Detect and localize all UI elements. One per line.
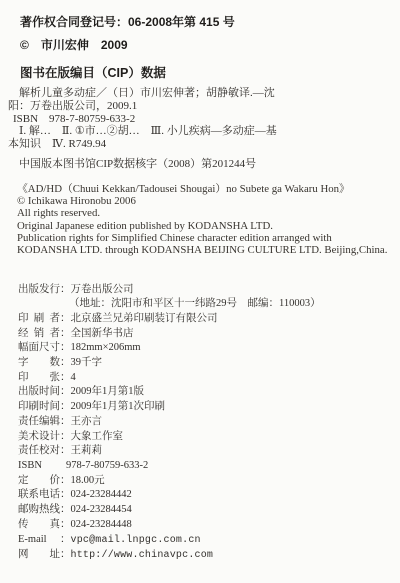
row-label: 邮购热线 — [18, 503, 60, 518]
row-label: 出版发行 — [18, 283, 60, 298]
cip-line-publisher: 阳：万卷出版公司，2009.1 — [8, 100, 400, 113]
row-colon: ： — [60, 371, 71, 386]
row-colon: ： — [60, 356, 71, 371]
row-colon: ： — [60, 503, 71, 518]
printing-date-row: 印刷时间：2009年1月第1次印刷 — [18, 400, 400, 415]
art-design-row: 美术设计：大象工作室 — [18, 430, 400, 445]
row-value: 2009年1月第1次印刷 — [71, 401, 166, 412]
row-value: 万卷出版公司 — [71, 284, 134, 295]
author-copyright-line: © Ichikawa Hironobu 2006 — [17, 195, 400, 207]
row-value: 4 — [71, 372, 76, 383]
copyright-notice-line: © 市川宏伸 2009 — [0, 29, 400, 52]
mail-order-row: 邮购热线：024-23284454 — [18, 503, 400, 518]
all-rights-reserved-line: All rights reserved. — [17, 207, 400, 219]
row-value: 2009年1月第1版 — [71, 386, 145, 397]
row-label: 联系电话 — [18, 488, 60, 503]
row-label: 责任校对 — [18, 444, 60, 459]
row-colon: ： — [60, 488, 71, 503]
row-value: 王亦言 — [71, 416, 103, 427]
row-value: 王莉莉 — [71, 445, 103, 456]
row-label: 网址 — [18, 548, 60, 563]
row-colon: ： — [60, 400, 71, 415]
publisher-address-row: （地址：沈阳市和平区十一纬路29号 邮编：110003） — [18, 297, 400, 312]
row-value: 39千字 — [71, 357, 103, 368]
row-value: 024-23284454 — [71, 504, 132, 515]
email-row: E-mail：vpc@mail.lnpgc.com.cn — [18, 533, 400, 549]
isbn-row: ISBN978-7-80759-633-2 — [18, 459, 400, 474]
row-label: 出版时间 — [18, 385, 60, 400]
row-value: http://www.chinavpc.com — [71, 550, 214, 561]
row-colon: ： — [60, 283, 71, 298]
row-label: E-mail — [18, 533, 60, 548]
rights-statement-block: 《AD/HD（Chuui Kekkan/Tadousei Shougai）no … — [17, 183, 400, 257]
row-label: 经销者 — [18, 327, 60, 342]
printed-sheets-row: 印张：4 — [18, 371, 400, 386]
row-colon: ： — [60, 341, 71, 356]
row-label: 字数 — [18, 356, 60, 371]
row-value: 18.00元 — [71, 475, 105, 486]
cip-line-classification-cont: 本知识 Ⅳ. R749.94 — [8, 138, 400, 151]
cip-data-block: 解析儿童多动症／（日）市川宏伸著；胡静敏译.—沈 阳：万卷出版公司，2009.1… — [8, 87, 400, 171]
row-colon: ： — [60, 385, 71, 400]
row-label: 幅面尺寸 — [18, 341, 60, 356]
row-colon: ： — [60, 533, 71, 548]
distributor-row: 经销者：全国新华书店 — [18, 327, 400, 342]
row-colon: ： — [60, 444, 71, 459]
original-edition-line: Original Japanese edition published by K… — [17, 220, 400, 232]
cip-record-number-line: 中国版本图书馆CIP数据核字（2008）第201244号 — [8, 158, 400, 171]
row-colon: ： — [60, 518, 71, 533]
cip-line-title: 解析儿童多动症／（日）市川宏伸著；胡静敏译.—沈 — [8, 87, 400, 100]
row-value: 全国新华书店 — [71, 328, 134, 339]
cip-line-classification: Ⅰ. 解… Ⅱ. ①市…②胡… Ⅲ. 小儿疾病—多动症—基 — [8, 125, 400, 138]
publisher-row: 出版发行：万卷出版公司 — [18, 283, 400, 298]
row-label: 责任编辑 — [18, 415, 60, 430]
row-colon: ： — [60, 327, 71, 342]
row-colon: ： — [60, 415, 71, 430]
editor-row: 责任编辑：王亦言 — [18, 415, 400, 430]
publication-info-block: 出版发行：万卷出版公司 （地址：沈阳市和平区十一纬路29号 邮编：110003）… — [18, 283, 400, 564]
row-label: 印张 — [18, 371, 60, 386]
arranger-line: KODANSHA LTD. through KODANSHA BEIJING C… — [17, 244, 400, 256]
row-colon: ： — [60, 474, 71, 489]
row-label: ISBN — [18, 459, 60, 474]
row-value: 024-23284442 — [71, 489, 132, 500]
cip-heading: 图书在版编目（CIP）数据 — [0, 52, 400, 80]
row-value: 024-23284448 — [71, 519, 132, 530]
cip-line-isbn: ISBN 978-7-80759-633-2 — [8, 113, 400, 126]
edition-date-row: 出版时间：2009年1月第1版 — [18, 385, 400, 400]
row-label: 印刷者 — [18, 312, 60, 327]
registration-number-line: 著作权合同登记号：06-2008年第 415 号 — [0, 0, 400, 29]
row-value: 北京盛兰兄弟印刷装订有限公司 — [71, 313, 218, 324]
row-colon: ： — [60, 548, 71, 563]
original-title-line: 《AD/HD（Chuui Kekkan/Tadousei Shougai）no … — [17, 183, 400, 195]
row-value: （地址：沈阳市和平区十一纬路29号 邮编：110003） — [69, 298, 321, 309]
row-label: 印刷时间 — [18, 400, 60, 415]
row-value: 182mm×206mm — [71, 342, 141, 353]
row-value: 大象工作室 — [71, 431, 124, 442]
printer-row: 印刷者：北京盛兰兄弟印刷装订有限公司 — [18, 312, 400, 327]
row-colon: ： — [60, 312, 71, 327]
phone-row: 联系电话：024-23284442 — [18, 488, 400, 503]
proofreader-row: 责任校对：王莉莉 — [18, 444, 400, 459]
row-label: 定价 — [18, 474, 60, 489]
book-copyright-page: 著作权合同登记号：06-2008年第 415 号 © 市川宏伸 2009 图书在… — [0, 0, 400, 583]
row-value: 978-7-80759-633-2 — [66, 460, 148, 471]
word-count-row: 字数：39千字 — [18, 356, 400, 371]
publication-rights-line: Publication rights for Simplified Chines… — [17, 232, 400, 244]
website-row: 网址：http://www.chinavpc.com — [18, 548, 400, 564]
row-colon: ： — [60, 430, 71, 445]
row-value: vpc@mail.lnpgc.com.cn — [71, 535, 201, 546]
fax-row: 传真：024-23284448 — [18, 518, 400, 533]
row-label: 美术设计 — [18, 430, 60, 445]
format-size-row: 幅面尺寸：182mm×206mm — [18, 341, 400, 356]
price-row: 定价：18.00元 — [18, 474, 400, 489]
row-label: 传真 — [18, 518, 60, 533]
